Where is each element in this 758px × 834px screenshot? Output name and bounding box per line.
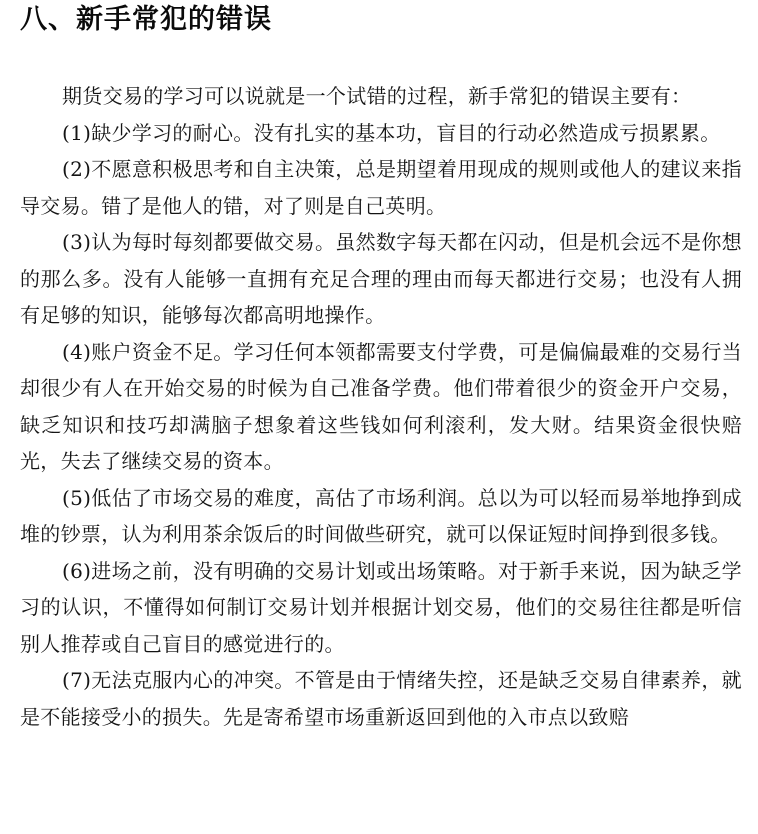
body-text: 期货交易的学习可以说就是一个试错的过程，新手常犯的错误主要有： (1)缺少学习的… xyxy=(20,78,742,735)
paragraph-intro: 期货交易的学习可以说就是一个试错的过程，新手常犯的错误主要有： xyxy=(20,78,742,115)
paragraph-item-7: (7)无法克服内心的冲突。不管是由于情绪失控，还是缺乏交易自律素养，就是不能接受… xyxy=(20,662,742,735)
paragraph-item-2: (2)不愿意积极思考和自主决策，总是期望着用现成的规则或他人的建议来指导交易。错… xyxy=(20,151,742,224)
paragraph-item-1: (1)缺少学习的耐心。没有扎实的基本功，盲目的行动必然造成亏损累累。 xyxy=(20,115,742,152)
paragraph-item-3: (3)认为每时每刻都要做交易。虽然数字每天都在闪动，但是机会远不是你想的那么多。… xyxy=(20,224,742,334)
section-heading: 八、新手常犯的错误 xyxy=(20,2,272,38)
paragraph-item-4: (4)账户资金不足。学习任何本领都需要支付学费，可是偏偏最难的交易行当却很少有人… xyxy=(20,334,742,480)
paragraph-item-5: (5)低估了市场交易的难度，高估了市场利润。总以为可以轻而易举地挣到成堆的钞票，… xyxy=(20,480,742,553)
document-page: 八、新手常犯的错误 期货交易的学习可以说就是一个试错的过程，新手常犯的错误主要有… xyxy=(0,0,758,834)
paragraph-item-6: (6)进场之前，没有明确的交易计划或出场策略。对于新手来说，因为缺乏学习的认识，… xyxy=(20,553,742,663)
